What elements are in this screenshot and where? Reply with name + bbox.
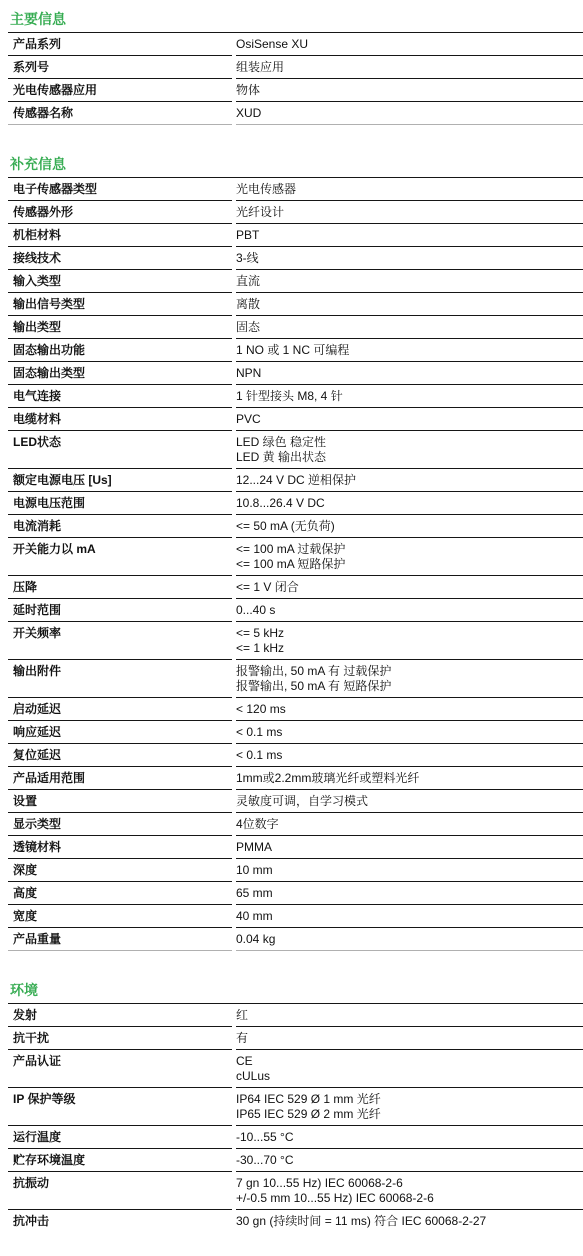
spec-row: 电子传感器类型光电传感器 [8, 178, 583, 201]
spec-row: 运行温度-10...55 °C [8, 1126, 583, 1149]
spec-row: 产品适用范围1mm或2.2mm玻璃光纤或塑料光纤 [8, 767, 583, 790]
spec-value-line: <= 100 mA 短路保护 [236, 557, 583, 572]
spec-row: 产品系列OsiSense XU [8, 33, 583, 56]
spec-label: 复位延迟 [8, 744, 232, 767]
spec-value: -30...70 °C [236, 1149, 583, 1172]
spec-value-line: 3-线 [236, 251, 583, 266]
spec-label: 开关能力以 mA [8, 538, 232, 576]
spec-label: 电子传感器类型 [8, 178, 232, 201]
spec-label: 压降 [8, 576, 232, 599]
spec-value: 光纤设计 [236, 201, 583, 224]
spec-value-line: 直流 [236, 274, 583, 289]
spec-row: 设置灵敏度可调，自学习模式 [8, 790, 583, 813]
spec-value-line: cULus [236, 1069, 583, 1084]
spec-value: -10...55 °C [236, 1126, 583, 1149]
spec-value: 65 mm [236, 882, 583, 905]
spec-row: 机柜材料PBT [8, 224, 583, 247]
spec-row: 产品认证CEcULus [8, 1050, 583, 1088]
spec-label: 深度 [8, 859, 232, 882]
spec-value-line: XUD [236, 106, 583, 121]
spec-value: PVC [236, 408, 583, 431]
spec-value-line: < 0.1 ms [236, 725, 583, 740]
spec-row: LED状态LED 绿色 稳定性LED 黄 输出状态 [8, 431, 583, 469]
spec-label: 运行温度 [8, 1126, 232, 1149]
spec-value-line: 12...24 V DC 逆相保护 [236, 473, 583, 488]
spec-value-line: 40 mm [236, 909, 583, 924]
spec-value-line: 组装应用 [236, 60, 583, 75]
spec-value-line: 1 针型接头 M8, 4 针 [236, 389, 583, 404]
spec-label: 产品系列 [8, 33, 232, 56]
spec-value-line: LED 绿色 稳定性 [236, 435, 583, 450]
spec-row: 传感器外形光纤设计 [8, 201, 583, 224]
spec-value-line: PBT [236, 228, 583, 243]
spec-value-line: 红 [236, 1008, 583, 1023]
spec-label: 启动延迟 [8, 698, 232, 721]
spec-label: 发射 [8, 1004, 232, 1027]
spec-value: PBT [236, 224, 583, 247]
spec-value-line: 1mm或2.2mm玻璃光纤或塑料光纤 [236, 771, 583, 786]
spec-row: 宽度40 mm [8, 905, 583, 928]
spec-row: 复位延迟< 0.1 ms [8, 744, 583, 767]
spec-value: PMMA [236, 836, 583, 859]
spec-section: 主要信息产品系列OsiSense XU系列号组装应用光电传感器应用物体传感器名称… [8, 10, 583, 125]
spec-section: 补充信息电子传感器类型光电传感器传感器外形光纤设计机柜材料PBT接线技术3-线输… [8, 155, 583, 951]
spec-value-line: 光电传感器 [236, 182, 583, 197]
spec-value-line: <= 50 mA (无负荷) [236, 519, 583, 534]
spec-value-line: OsiSense XU [236, 37, 583, 52]
spec-label: 显示类型 [8, 813, 232, 836]
spec-value-line: 0.04 kg [236, 932, 583, 947]
spec-value: 固态 [236, 316, 583, 339]
spec-label: 额定电源电压 [Us] [8, 469, 232, 492]
spec-value: 7 gn 10...55 Hz) IEC 60068-2-6+/-0.5 mm … [236, 1172, 583, 1210]
spec-value: 报警输出, 50 mA 有 过载保护报警输出, 50 mA 有 短路保护 [236, 660, 583, 698]
spec-value-line: 30 gn (持续时间 = 11 ms) 符合 IEC 60068-2-27 [236, 1214, 583, 1229]
spec-value-line: 灵敏度可调，自学习模式 [236, 794, 583, 809]
spec-label: 抗冲击 [8, 1210, 232, 1232]
spec-value: CEcULus [236, 1050, 583, 1088]
spec-value: 1mm或2.2mm玻璃光纤或塑料光纤 [236, 767, 583, 790]
spec-value: 物体 [236, 79, 583, 102]
spec-row: 抗冲击30 gn (持续时间 = 11 ms) 符合 IEC 60068-2-2… [8, 1210, 583, 1232]
spec-value: 1 NO 或 1 NC 可编程 [236, 339, 583, 362]
spec-label: 光电传感器应用 [8, 79, 232, 102]
spec-value: 光电传感器 [236, 178, 583, 201]
spec-value: 0...40 s [236, 599, 583, 622]
spec-row: 电缆材料PVC [8, 408, 583, 431]
spec-label: 电气连接 [8, 385, 232, 408]
spec-value-line: 报警输出, 50 mA 有 过载保护 [236, 664, 583, 679]
spec-value: <= 100 mA 过载保护<= 100 mA 短路保护 [236, 538, 583, 576]
spec-label: 产品适用范围 [8, 767, 232, 790]
spec-label: LED状态 [8, 431, 232, 469]
spec-value: <= 1 V 闭合 [236, 576, 583, 599]
spec-row: 产品重量0.04 kg [8, 928, 583, 951]
spec-value: <= 50 mA (无负荷) [236, 515, 583, 538]
spec-label: 电流消耗 [8, 515, 232, 538]
spec-label: 固态输出类型 [8, 362, 232, 385]
spec-label: 高度 [8, 882, 232, 905]
spec-value-line: 有 [236, 1031, 583, 1046]
datasheet-page: { "page": { "type": "product-characteris… [0, 0, 583, 1256]
spec-row: 开关能力以 mA<= 100 mA 过载保护<= 100 mA 短路保护 [8, 538, 583, 576]
spec-label: 传感器名称 [8, 102, 232, 125]
spec-value-line: <= 1 V 闭合 [236, 580, 583, 595]
spec-value: 1 针型接头 M8, 4 针 [236, 385, 583, 408]
spec-row: 固态输出功能1 NO 或 1 NC 可编程 [8, 339, 583, 362]
spec-label: 固态输出功能 [8, 339, 232, 362]
spec-value-line: <= 1 kHz [236, 641, 583, 656]
spec-row: 传感器名称XUD [8, 102, 583, 125]
spec-label: 开关频率 [8, 622, 232, 660]
spec-label: 输出附件 [8, 660, 232, 698]
spec-label: 接线技术 [8, 247, 232, 270]
spec-row: 光电传感器应用物体 [8, 79, 583, 102]
spec-value-line: 物体 [236, 83, 583, 98]
spec-row: 响应延迟< 0.1 ms [8, 721, 583, 744]
spec-row: IP 保护等级IP64 IEC 529 Ø 1 mm 光纤IP65 IEC 52… [8, 1088, 583, 1126]
spec-value-line: 光纤设计 [236, 205, 583, 220]
spec-row: 电气连接1 针型接头 M8, 4 针 [8, 385, 583, 408]
spec-row: 输出附件报警输出, 50 mA 有 过载保护报警输出, 50 mA 有 短路保护 [8, 660, 583, 698]
spec-value: 3-线 [236, 247, 583, 270]
spec-label: 抗干扰 [8, 1027, 232, 1050]
spec-row: 固态输出类型NPN [8, 362, 583, 385]
spec-value-line: 65 mm [236, 886, 583, 901]
spec-value: 离散 [236, 293, 583, 316]
spec-value: 10.8...26.4 V DC [236, 492, 583, 515]
spec-value-line: 0...40 s [236, 603, 583, 618]
spec-value-line: LED 黄 输出状态 [236, 450, 583, 465]
spec-label: 输入类型 [8, 270, 232, 293]
spec-value-line: <= 5 kHz [236, 626, 583, 641]
spec-value-line: < 120 ms [236, 702, 583, 717]
spec-value: 有 [236, 1027, 583, 1050]
spec-row: 透镜材料PMMA [8, 836, 583, 859]
section-title: 环境 [8, 981, 583, 1004]
spec-label: 延时范围 [8, 599, 232, 622]
spec-value-line: PMMA [236, 840, 583, 855]
spec-row: 输出类型固态 [8, 316, 583, 339]
spec-value-line: <= 100 mA 过载保护 [236, 542, 583, 557]
spec-value: IP64 IEC 529 Ø 1 mm 光纤IP65 IEC 529 Ø 2 m… [236, 1088, 583, 1126]
spec-label: 设置 [8, 790, 232, 813]
spec-value: XUD [236, 102, 583, 125]
spec-label: 电缆材料 [8, 408, 232, 431]
spec-label: 系列号 [8, 56, 232, 79]
spec-value-line: 固态 [236, 320, 583, 335]
spec-value: 灵敏度可调，自学习模式 [236, 790, 583, 813]
spec-row: 额定电源电压 [Us]12...24 V DC 逆相保护 [8, 469, 583, 492]
spec-value-line: -10...55 °C [236, 1130, 583, 1145]
spec-row: 接线技术3-线 [8, 247, 583, 270]
spec-row: 抗振动7 gn 10...55 Hz) IEC 60068-2-6+/-0.5 … [8, 1172, 583, 1210]
spec-label: 响应延迟 [8, 721, 232, 744]
spec-value-line: < 0.1 ms [236, 748, 583, 763]
spec-label: 输出信号类型 [8, 293, 232, 316]
spec-row: 开关频率<= 5 kHz<= 1 kHz [8, 622, 583, 660]
spec-value-line: -30...70 °C [236, 1153, 583, 1168]
spec-label: 电源电压范围 [8, 492, 232, 515]
spec-value-line: 报警输出, 50 mA 有 短路保护 [236, 679, 583, 694]
spec-value-line: PVC [236, 412, 583, 427]
spec-value: 40 mm [236, 905, 583, 928]
spec-row: 电流消耗<= 50 mA (无负荷) [8, 515, 583, 538]
spec-value-line: +/-0.5 mm 10...55 Hz) IEC 60068-2-6 [236, 1191, 583, 1206]
spec-value-line: CE [236, 1054, 583, 1069]
spec-value: 4位数字 [236, 813, 583, 836]
spec-label: 传感器外形 [8, 201, 232, 224]
spec-label: 产品重量 [8, 928, 232, 951]
spec-row: 启动延迟< 120 ms [8, 698, 583, 721]
spec-value-line: IP64 IEC 529 Ø 1 mm 光纤 [236, 1092, 583, 1107]
spec-row: 系列号组装应用 [8, 56, 583, 79]
spec-row: 延时范围0...40 s [8, 599, 583, 622]
spec-section: 环境发射红抗干扰有产品认证CEcULusIP 保护等级IP64 IEC 529 … [8, 981, 583, 1232]
product-spec-sheet: 主要信息产品系列OsiSense XU系列号组装应用光电传感器应用物体传感器名称… [0, 10, 583, 1232]
spec-row: 深度10 mm [8, 859, 583, 882]
spec-label: 宽度 [8, 905, 232, 928]
spec-value-line: 10 mm [236, 863, 583, 878]
spec-value: 30 gn (持续时间 = 11 ms) 符合 IEC 60068-2-27 [236, 1210, 583, 1232]
spec-value-line: 1 NO 或 1 NC 可编程 [236, 343, 583, 358]
spec-value-line: NPN [236, 366, 583, 381]
spec-value: 0.04 kg [236, 928, 583, 951]
spec-label: IP 保护等级 [8, 1088, 232, 1126]
spec-row: 电源电压范围10.8...26.4 V DC [8, 492, 583, 515]
spec-value-line: IP65 IEC 529 Ø 2 mm 光纤 [236, 1107, 583, 1122]
spec-label: 抗振动 [8, 1172, 232, 1210]
spec-value: 红 [236, 1004, 583, 1027]
spec-value: < 120 ms [236, 698, 583, 721]
spec-value-line: 4位数字 [236, 817, 583, 832]
spec-value: 直流 [236, 270, 583, 293]
spec-label: 透镜材料 [8, 836, 232, 859]
spec-value: 12...24 V DC 逆相保护 [236, 469, 583, 492]
spec-row: 压降<= 1 V 闭合 [8, 576, 583, 599]
spec-label: 贮存环境温度 [8, 1149, 232, 1172]
spec-value: LED 绿色 稳定性LED 黄 输出状态 [236, 431, 583, 469]
spec-label: 机柜材料 [8, 224, 232, 247]
spec-row: 高度65 mm [8, 882, 583, 905]
spec-value-line: 离散 [236, 297, 583, 312]
spec-value: OsiSense XU [236, 33, 583, 56]
spec-value: 组装应用 [236, 56, 583, 79]
spec-value: <= 5 kHz<= 1 kHz [236, 622, 583, 660]
spec-row: 输出信号类型离散 [8, 293, 583, 316]
spec-value: < 0.1 ms [236, 721, 583, 744]
spec-value: 10 mm [236, 859, 583, 882]
section-title: 主要信息 [8, 10, 583, 33]
spec-row: 显示类型4位数字 [8, 813, 583, 836]
spec-label: 输出类型 [8, 316, 232, 339]
spec-row: 发射红 [8, 1004, 583, 1027]
spec-row: 输入类型直流 [8, 270, 583, 293]
spec-value-line: 7 gn 10...55 Hz) IEC 60068-2-6 [236, 1176, 583, 1191]
spec-row: 贮存环境温度-30...70 °C [8, 1149, 583, 1172]
spec-value-line: 10.8...26.4 V DC [236, 496, 583, 511]
spec-row: 抗干扰有 [8, 1027, 583, 1050]
spec-value: < 0.1 ms [236, 744, 583, 767]
section-title: 补充信息 [8, 155, 583, 178]
spec-label: 产品认证 [8, 1050, 232, 1088]
spec-value: NPN [236, 362, 583, 385]
